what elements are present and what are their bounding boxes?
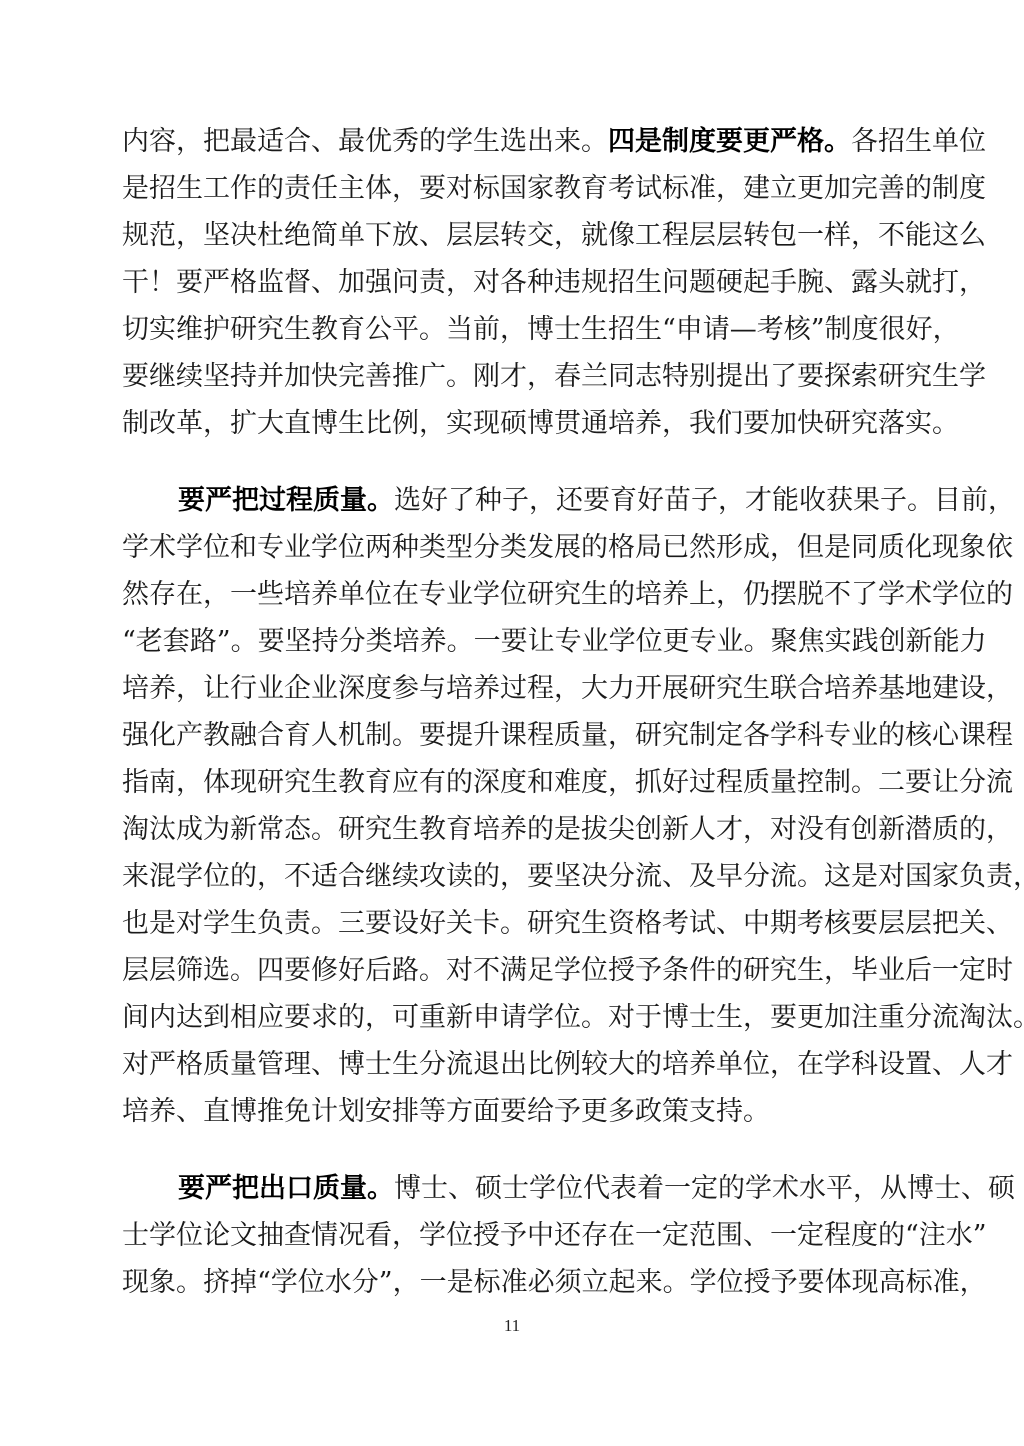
text-run: 淘汰成为新常态。研究生教育培养的是拔尖创新人才，对没有创新潜质的， xyxy=(122,814,1013,845)
text-run: 也是对学生负责。三要设好关卡。研究生资格考试、中期考核要层层把关、 xyxy=(122,908,1013,939)
text-line: “老套路”。要坚持分类培养。一要让专业学位更专业。聚焦实践创新能力 xyxy=(122,618,904,665)
text-run: 学术学位和专业学位两种类型分类发展的格局已然形成，但是同质化现象依 xyxy=(122,532,1013,563)
text-run: 博士、硕士学位代表着一定的学术水平，从博士、硕 xyxy=(394,1173,1015,1204)
text-line: 干！要严格监督、加强问责，对各种违规招生问题硬起手腕、露头就打， xyxy=(122,259,904,306)
text-run: 士学位论文抽查情况看，学位授予中还存在一定范围、一定程度的“注水” xyxy=(122,1220,987,1251)
bold-heading: 要严把出口质量。 xyxy=(178,1173,394,1204)
text-line: 现象。挤掉“学位水分”，一是标准必须立起来。学位授予要体现高标准， xyxy=(122,1259,904,1306)
text-line: 是招生工作的责任主体，要对标国家教育考试标准，建立更加完善的制度 xyxy=(122,165,904,212)
text-line: 然存在，一些培养单位在专业学位研究生的培养上，仍摆脱不了学术学位的 xyxy=(122,571,904,618)
text-run: 层层筛选。四要修好后路。对不满足学位授予条件的研究生，毕业后一定时 xyxy=(122,955,1013,986)
text-line: 间内达到相应要求的，可重新申请学位。对于博士生，要更加注重分流淘汰。 xyxy=(122,994,904,1041)
text-run: 制改革，扩大直博生比例，实现硕博贯通培养，我们要加快研究落实。 xyxy=(122,408,959,439)
text-line: 指南，体现研究生教育应有的深度和难度，抓好过程质量控制。二要让分流 xyxy=(122,759,904,806)
text-line: 层层筛选。四要修好后路。对不满足学位授予条件的研究生，毕业后一定时 xyxy=(122,947,904,994)
text-line: 制改革，扩大直博生比例，实现硕博贯通培养，我们要加快研究落实。 xyxy=(122,400,904,447)
text-run: “老套路”。要坚持分类培养。一要让专业学位更专业。聚焦实践创新能力 xyxy=(122,626,987,657)
bold-heading: 要严把过程质量。 xyxy=(178,485,394,516)
text-run: 对严格质量管理、博士生分流退出比例较大的培养单位，在学科设置、人才 xyxy=(122,1049,1013,1080)
text-line: 培养、直博推免计划安排等方面要给予更多政策支持。 xyxy=(122,1088,904,1135)
bold-heading: 四是制度要更严格。 xyxy=(608,126,851,157)
text-run: 选好了种子，还要育好苗子，才能收获果子。目前， xyxy=(394,485,1015,516)
text-run: 现象。挤掉“学位水分”，一是标准必须立起来。学位授予要体现高标准， xyxy=(122,1267,987,1298)
text-run: 然存在，一些培养单位在专业学位研究生的培养上，仍摆脱不了学术学位的 xyxy=(122,579,1013,610)
text-line: 要严把过程质量。选好了种子，还要育好苗子，才能收获果子。目前， xyxy=(122,477,904,524)
text-line: 士学位论文抽查情况看，学位授予中还存在一定范围、一定程度的“注水” xyxy=(122,1212,904,1259)
text-line: 淘汰成为新常态。研究生教育培养的是拔尖创新人才，对没有创新潜质的， xyxy=(122,806,904,853)
text-run: 指南，体现研究生教育应有的深度和难度，抓好过程质量控制。二要让分流 xyxy=(122,767,1013,798)
document-page: 内容，把最适合、最优秀的学生选出来。四是制度要更严格。各招生单位是招生工作的责任… xyxy=(0,0,1024,1446)
text-line: 要严把出口质量。博士、硕士学位代表着一定的学术水平，从博士、硕 xyxy=(122,1165,904,1212)
text-run: 内容，把最适合、最优秀的学生选出来。 xyxy=(122,126,608,157)
text-line: 规范，坚决杜绝简单下放、层层转交，就像工程层层转包一样，不能这么 xyxy=(122,212,904,259)
text-line: 学术学位和专业学位两种类型分类发展的格局已然形成，但是同质化现象依 xyxy=(122,524,904,571)
text-run: 是招生工作的责任主体，要对标国家教育考试标准，建立更加完善的制度 xyxy=(122,173,986,204)
text-run: 干！要严格监督、加强问责，对各种违规招生问题硬起手腕、露头就打， xyxy=(122,267,986,298)
text-run: 强化产教融合育人机制。要提升课程质量，研究制定各学科专业的核心课程 xyxy=(122,720,1013,751)
body-text: 内容，把最适合、最优秀的学生选出来。四是制度要更严格。各招生单位是招生工作的责任… xyxy=(122,118,904,1306)
text-line: 对严格质量管理、博士生分流退出比例较大的培养单位，在学科设置、人才 xyxy=(122,1041,904,1088)
text-run: 要继续坚持并加快完善推广。刚才，春兰同志特别提出了要探索研究生学 xyxy=(122,361,986,392)
text-run: 间内达到相应要求的，可重新申请学位。对于博士生，要更加注重分流淘汰。 xyxy=(122,1002,1024,1033)
text-line: 要继续坚持并加快完善推广。刚才，春兰同志特别提出了要探索研究生学 xyxy=(122,353,904,400)
text-run: 来混学位的，不适合继续攻读的，要坚决分流、及早分流。这是对国家负责， xyxy=(122,861,1024,892)
text-run: 规范，坚决杜绝简单下放、层层转交，就像工程层层转包一样，不能这么 xyxy=(122,220,986,251)
text-run: 培养，让行业企业深度参与培养过程，大力开展研究生联合培养基地建设， xyxy=(122,673,1013,704)
paragraph: 要严把过程质量。选好了种子，还要育好苗子，才能收获果子。目前，学术学位和专业学位… xyxy=(122,477,904,1135)
text-line: 切实维护研究生教育公平。当前，博士生招生“申请—考核”制度很好， xyxy=(122,306,904,353)
page-number: 11 xyxy=(0,1316,1024,1336)
text-run: 切实维护研究生教育公平。当前，博士生招生“申请—考核”制度很好， xyxy=(122,314,960,345)
text-line: 也是对学生负责。三要设好关卡。研究生资格考试、中期考核要层层把关、 xyxy=(122,900,904,947)
paragraph: 要严把出口质量。博士、硕士学位代表着一定的学术水平，从博士、硕士学位论文抽查情况… xyxy=(122,1165,904,1306)
paragraph: 内容，把最适合、最优秀的学生选出来。四是制度要更严格。各招生单位是招生工作的责任… xyxy=(122,118,904,447)
text-line: 内容，把最适合、最优秀的学生选出来。四是制度要更严格。各招生单位 xyxy=(122,118,904,165)
text-line: 培养，让行业企业深度参与培养过程，大力开展研究生联合培养基地建设， xyxy=(122,665,904,712)
text-line: 来混学位的，不适合继续攻读的，要坚决分流、及早分流。这是对国家负责， xyxy=(122,853,904,900)
text-run: 各招生单位 xyxy=(851,126,986,157)
text-run: 培养、直博推免计划安排等方面要给予更多政策支持。 xyxy=(122,1096,770,1127)
text-line: 强化产教融合育人机制。要提升课程质量，研究制定各学科专业的核心课程 xyxy=(122,712,904,759)
